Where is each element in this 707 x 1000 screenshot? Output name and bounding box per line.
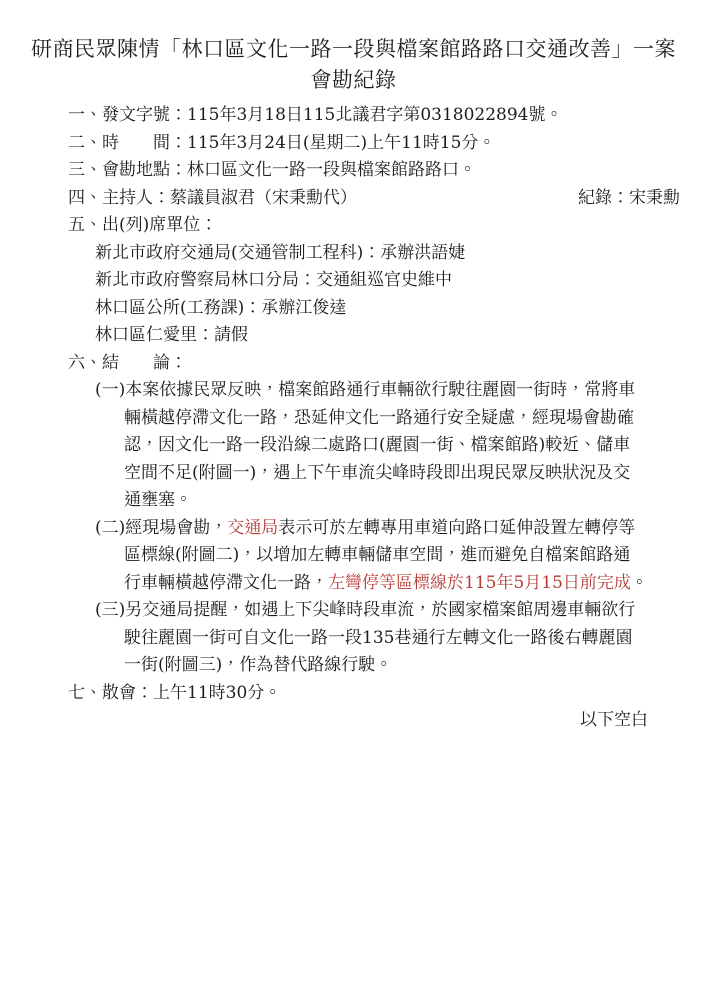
line-text: 一街(附圖三)，作為替代路線行駛。 <box>124 655 392 675</box>
line-attendees-header: 五、出(列)席單位： <box>68 212 680 240</box>
line-text: 林口區公所(工務課)：承辦江俊逵 <box>95 298 346 318</box>
line-adjournment: 七、散會：上午11時30分。 <box>68 680 680 708</box>
document-lines: 一、發文字號：115年3月18日115北議君字第0318022894號。二、時 … <box>68 102 680 707</box>
line-text: 空間不足(附圖一)，遇上下午車流尖峰時段即出現民眾反映狀況及交 <box>124 463 630 483</box>
text-segment: 五、出(列)席單位： <box>68 215 217 235</box>
line-text: 認，因文化一路一段沿線二處路口(麗園一街、檔案館路)較近、儲車 <box>124 435 630 455</box>
text-segment: (三)另交通局提醒，如遇上下尖峰時段車流，於國家檔案館周邊車輛欲行 <box>95 600 635 620</box>
line-text: (三)另交通局提醒，如遇上下尖峰時段車流，於國家檔案館周邊車輛欲行 <box>95 600 635 620</box>
text-segment: 駛往麗園一街可自文化一路一段135巷通行左轉文化一路後右轉麗園 <box>124 628 632 648</box>
line-conclusion-1-cont: 輛橫越停滯文化一路，恐延伸文化一路通行安全疑慮，經現場會勘確 <box>68 405 680 433</box>
line-conclusion-3-cont: 一街(附圖三)，作為替代路線行駛。 <box>68 652 680 680</box>
line-text: 區標線(附圖二)，以增加左轉車輛儲車空間，進而避免自檔案館路通 <box>124 545 630 565</box>
closing-text: 以下空白 <box>68 707 680 735</box>
text-segment: 一街(附圖三)，作為替代路線行駛。 <box>124 655 392 675</box>
text-segment: 六、結 論： <box>68 353 187 373</box>
line-text: (一)本案依據民眾反映，檔案館路通行車輛欲行駛往麗園一街時，常將車 <box>95 380 635 400</box>
line-text: 七、散會：上午11時30分。 <box>68 683 281 703</box>
text-segment: 二、時 間：115年3月24日(星期二)上午11時15分。 <box>68 133 495 153</box>
text-segment: 行車輛橫越停滯文化一路， <box>124 573 328 593</box>
line-text: 輛橫越停滯文化一路，恐延伸文化一路通行安全疑慮，經現場會勘確 <box>124 408 634 428</box>
text-segment: 七、散會：上午11時30分。 <box>68 683 281 703</box>
line-conclusion-1-cont: 認，因文化一路一段沿線二處路口(麗園一街、檔案館路)較近、儲車 <box>68 432 680 460</box>
line-text: 通壅塞。 <box>124 490 192 510</box>
recorder-label: 紀錄：宋秉勳 <box>578 185 680 213</box>
title-line-2: 會勘紀錄 <box>0 65 707 96</box>
text-segment: 表示可於左轉專用車道向路口延伸設置左轉停等 <box>278 518 635 538</box>
text-segment: (二)經現場會勘， <box>95 518 227 538</box>
line-attendee-village: 林口區仁愛里：請假 <box>68 322 680 350</box>
highlighted-text: 交通局 <box>227 518 278 538</box>
line-chairperson: 四、主持人：蔡議員淑君（宋秉勳代）紀錄：宋秉勳 <box>68 185 680 213</box>
line-conclusion-3: (三)另交通局提醒，如遇上下尖峰時段車流，於國家檔案館周邊車輛欲行 <box>68 597 680 625</box>
highlighted-text: 左彎停等區標線於115年5月15日前完成 <box>328 573 631 593</box>
title-line-1: 研商民眾陳情「林口區文化一路一段與檔案館路路口交通改善」一案 <box>0 34 707 65</box>
text-segment: 空間不足(附圖一)，遇上下午車流尖峰時段即出現民眾反映狀況及交 <box>124 463 630 483</box>
text-segment: 區標線(附圖二)，以增加左轉車輛儲車空間，進而避免自檔案館路通 <box>124 545 630 565</box>
line-conclusion-header: 六、結 論： <box>68 350 680 378</box>
line-text: 行車輛橫越停滯文化一路，左彎停等區標線於115年5月15日前完成。 <box>124 573 648 593</box>
line-text: 六、結 論： <box>68 353 187 373</box>
line-document-number: 一、發文字號：115年3月18日115北議君字第0318022894號。 <box>68 102 680 130</box>
line-conclusion-1-cont: 通壅塞。 <box>68 487 680 515</box>
line-meeting-location: 三、會勘地點：林口區文化一路一段與檔案館路路口。 <box>68 157 680 185</box>
text-segment: 林口區公所(工務課)：承辦江俊逵 <box>95 298 346 318</box>
line-conclusion-1-cont: 空間不足(附圖一)，遇上下午車流尖峰時段即出現民眾反映狀況及交 <box>68 460 680 488</box>
text-segment: 新北市政府交通局(交通管制工程科)：承辦洪語婕 <box>95 243 465 263</box>
line-attendee-police: 新北市政府警察局林口分局：交通組巡官史維中 <box>68 267 680 295</box>
line-text: 新北市政府警察局林口分局：交通組巡官史維中 <box>95 270 452 290</box>
line-text: 新北市政府交通局(交通管制工程科)：承辦洪語婕 <box>95 243 465 263</box>
text-segment: 四、主持人：蔡議員淑君（宋秉勳代） <box>68 188 357 208</box>
line-text: 二、時 間：115年3月24日(星期二)上午11時15分。 <box>68 133 495 153</box>
text-segment: 。 <box>631 573 648 593</box>
line-text: 四、主持人：蔡議員淑君（宋秉勳代） <box>68 185 357 213</box>
line-conclusion-1: (一)本案依據民眾反映，檔案館路通行車輛欲行駛往麗園一街時，常將車 <box>68 377 680 405</box>
text-segment: (一)本案依據民眾反映，檔案館路通行車輛欲行駛往麗園一街時，常將車 <box>95 380 635 400</box>
text-segment: 林口區仁愛里：請假 <box>95 325 248 345</box>
line-text: 五、出(列)席單位： <box>68 215 217 235</box>
text-segment: 輛橫越停滯文化一路，恐延伸文化一路通行安全疑慮，經現場會勘確 <box>124 408 634 428</box>
line-conclusion-2-cont: 區標線(附圖二)，以增加左轉車輛儲車空間，進而避免自檔案館路通 <box>68 542 680 570</box>
text-segment: 三、會勘地點：林口區文化一路一段與檔案館路路口。 <box>68 160 476 180</box>
line-attendee-transport-dept: 新北市政府交通局(交通管制工程科)：承辦洪語婕 <box>68 240 680 268</box>
line-conclusion-2-cont: 行車輛橫越停滯文化一路，左彎停等區標線於115年5月15日前完成。 <box>68 570 680 598</box>
line-text: 一、發文字號：115年3月18日115北議君字第0318022894號。 <box>68 105 563 125</box>
line-attendee-district-office: 林口區公所(工務課)：承辦江俊逵 <box>68 295 680 323</box>
line-text: 林口區仁愛里：請假 <box>95 325 248 345</box>
document-title: 研商民眾陳情「林口區文化一路一段與檔案館路路口交通改善」一案 會勘紀錄 <box>0 0 707 96</box>
line-conclusion-3-cont: 駛往麗園一街可自文化一路一段135巷通行左轉文化一路後右轉麗園 <box>68 625 680 653</box>
text-segment: 通壅塞。 <box>124 490 192 510</box>
text-segment: 一、發文字號：115年3月18日115北議君字第0318022894號。 <box>68 105 563 125</box>
line-text: (二)經現場會勘，交通局表示可於左轉專用車道向路口延伸設置左轉停等 <box>95 518 635 538</box>
text-segment: 新北市政府警察局林口分局：交通組巡官史維中 <box>95 270 452 290</box>
meeting-minutes-document: 研商民眾陳情「林口區文化一路一段與檔案館路路口交通改善」一案 會勘紀錄 一、發文… <box>0 0 707 1000</box>
text-segment: 認，因文化一路一段沿線二處路口(麗園一街、檔案館路)較近、儲車 <box>124 435 630 455</box>
line-text: 駛往麗園一街可自文化一路一段135巷通行左轉文化一路後右轉麗園 <box>124 628 632 648</box>
document-body: 一、發文字號：115年3月18日115北議君字第0318022894號。二、時 … <box>0 96 707 735</box>
line-meeting-time: 二、時 間：115年3月24日(星期二)上午11時15分。 <box>68 130 680 158</box>
line-conclusion-2: (二)經現場會勘，交通局表示可於左轉專用車道向路口延伸設置左轉停等 <box>68 515 680 543</box>
line-text: 三、會勘地點：林口區文化一路一段與檔案館路路口。 <box>68 160 476 180</box>
